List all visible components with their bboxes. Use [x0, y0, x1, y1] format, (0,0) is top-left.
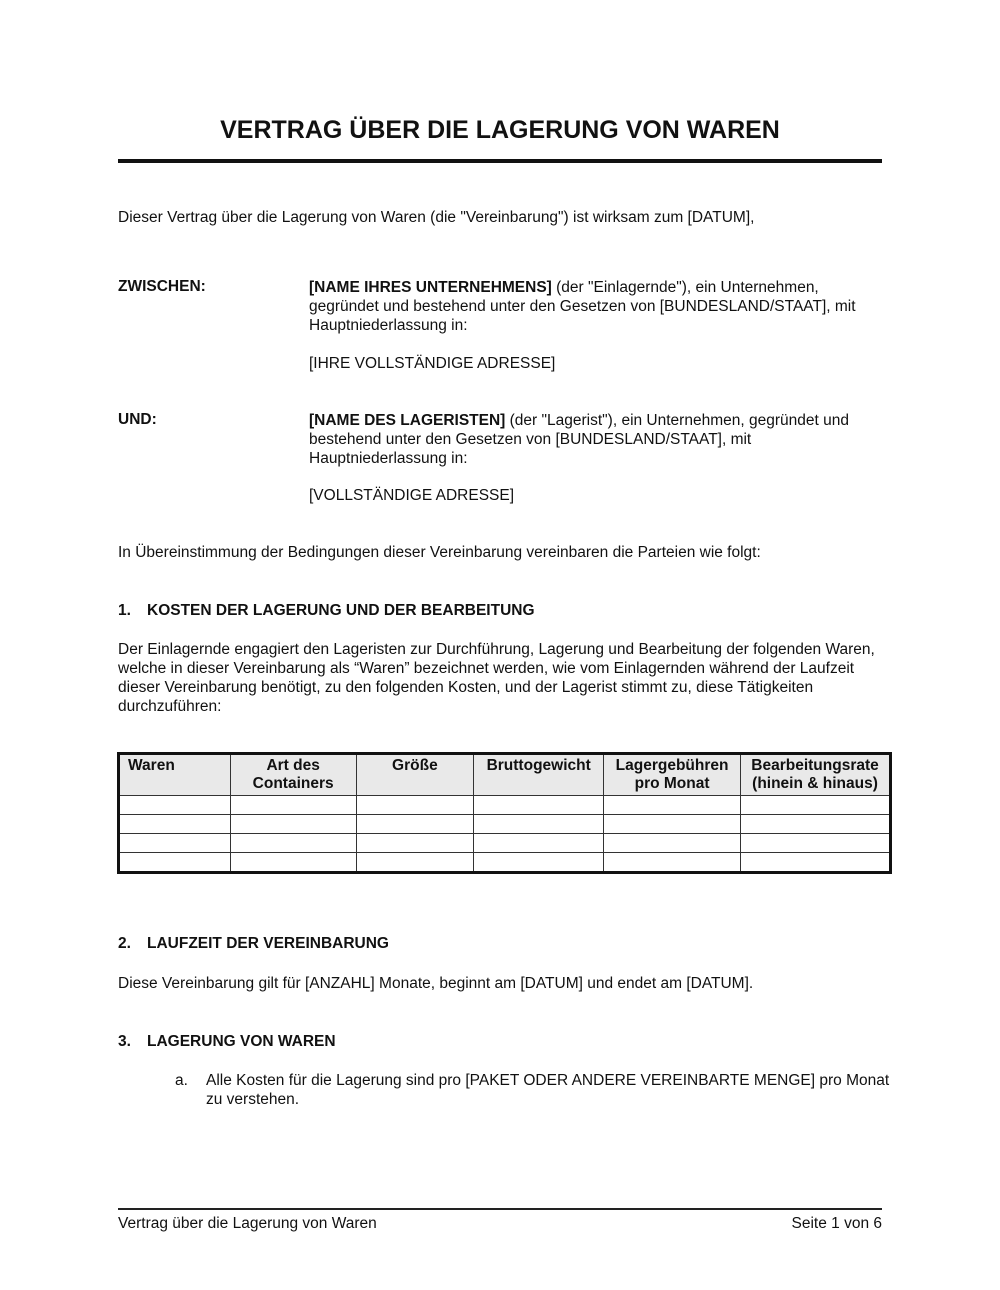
section-1-heading: 1.KOSTEN DER LAGERUNG UND DER BEARBEITUN… [118, 602, 535, 620]
party-description: bestehend unter den Gesetzen von [BUNDES… [309, 430, 789, 468]
section-2-heading: 2.LAUFZEIT DER VEREINBARUNG [118, 935, 389, 953]
footer-document-title: Vertrag über die Lagerung von Waren [118, 1215, 377, 1233]
table-cell[interactable] [230, 853, 356, 873]
document-title: VERTRAG ÜBER DIE LAGERUNG VON WAREN [118, 116, 882, 145]
table-cell[interactable] [356, 815, 474, 834]
table-cell[interactable] [604, 853, 741, 873]
section-number: 2. [118, 935, 147, 953]
table-cell[interactable] [741, 834, 891, 853]
table-cell[interactable] [119, 853, 231, 873]
intro-paragraph: Dieser Vertrag über die Lagerung von War… [118, 208, 882, 227]
party-description: gegründet und bestehend unter den Gesetz… [309, 297, 869, 335]
table-header-cell: Bruttogewicht [474, 754, 604, 796]
party-description-line1: (der "Lagerist"), ein Unternehmen, gegrü… [505, 412, 849, 429]
list-marker: a. [175, 1071, 188, 1090]
table-cell[interactable] [230, 834, 356, 853]
table-cell[interactable] [356, 834, 474, 853]
agreement-line: In Übereinstimmung der Bedingungen diese… [118, 543, 882, 562]
table-row [119, 815, 891, 834]
table-cell[interactable] [741, 796, 891, 815]
table-cell[interactable] [474, 834, 604, 853]
table-header-cell: Lagergebühren pro Monat [604, 754, 741, 796]
table-header-row: Waren Art des Containers Größe Bruttogew… [119, 754, 891, 796]
section-1-body: Der Einlagernde engagiert den Lageristen… [118, 640, 882, 716]
table-cell[interactable] [604, 815, 741, 834]
table-cell[interactable] [230, 796, 356, 815]
table-row [119, 834, 891, 853]
table-header-cell: Bearbeitungsrate (hinein & hinaus) [741, 754, 891, 796]
table-cell[interactable] [741, 815, 891, 834]
table-row [119, 853, 891, 873]
table-cell[interactable] [604, 796, 741, 815]
table-row [119, 796, 891, 815]
section-title: LAGERUNG VON WAREN [147, 1033, 336, 1050]
party-name: [NAME DES LAGERISTEN] [309, 412, 505, 429]
section-3-heading: 3.LAGERUNG VON WAREN [118, 1033, 336, 1051]
party-address: [VOLLSTÄNDIGE ADRESSE] [309, 486, 889, 505]
page-number: Seite 1 von 6 [792, 1215, 882, 1233]
table-cell[interactable] [119, 796, 231, 815]
footer-divider [118, 1208, 882, 1210]
table-header-cell: Art des Containers [230, 754, 356, 796]
party-block-einlagernde: [NAME IHRES UNTERNEHMENS] (der "Einlager… [309, 278, 889, 335]
section-number: 3. [118, 1033, 147, 1051]
table-cell[interactable] [119, 834, 231, 853]
table-cell[interactable] [474, 815, 604, 834]
table-header-cell: Waren [119, 754, 231, 796]
table-cell[interactable] [474, 796, 604, 815]
table-cell[interactable] [356, 796, 474, 815]
table-cell[interactable] [474, 853, 604, 873]
party-name: [NAME IHRES UNTERNEHMENS] [309, 279, 552, 296]
party-block-lagerist: [NAME DES LAGERISTEN] (der "Lagerist"), … [309, 411, 889, 468]
section-title: LAUFZEIT DER VEREINBARUNG [147, 935, 389, 952]
title-divider [118, 159, 882, 163]
party-label-zwischen: ZWISCHEN: [118, 278, 206, 296]
section-title: KOSTEN DER LAGERUNG UND DER BEARBEITUNG [147, 602, 535, 619]
goods-table: Waren Art des Containers Größe Bruttogew… [117, 752, 892, 874]
section-2-body: Diese Vereinbarung gilt für [ANZAHL] Mon… [118, 974, 882, 993]
table-header-cell: Größe [356, 754, 474, 796]
table-cell[interactable] [356, 853, 474, 873]
table-cell[interactable] [741, 853, 891, 873]
table-cell[interactable] [230, 815, 356, 834]
table-cell[interactable] [604, 834, 741, 853]
list-item-text: Alle Kosten für die Lagerung sind pro [P… [206, 1071, 896, 1109]
party-address: [IHRE VOLLSTÄNDIGE ADRESSE] [309, 354, 889, 373]
party-description-line1: (der "Einlagernde"), ein Unternehmen, [552, 279, 819, 296]
party-label-und: UND: [118, 411, 157, 429]
table-cell[interactable] [119, 815, 231, 834]
section-number: 1. [118, 602, 147, 620]
